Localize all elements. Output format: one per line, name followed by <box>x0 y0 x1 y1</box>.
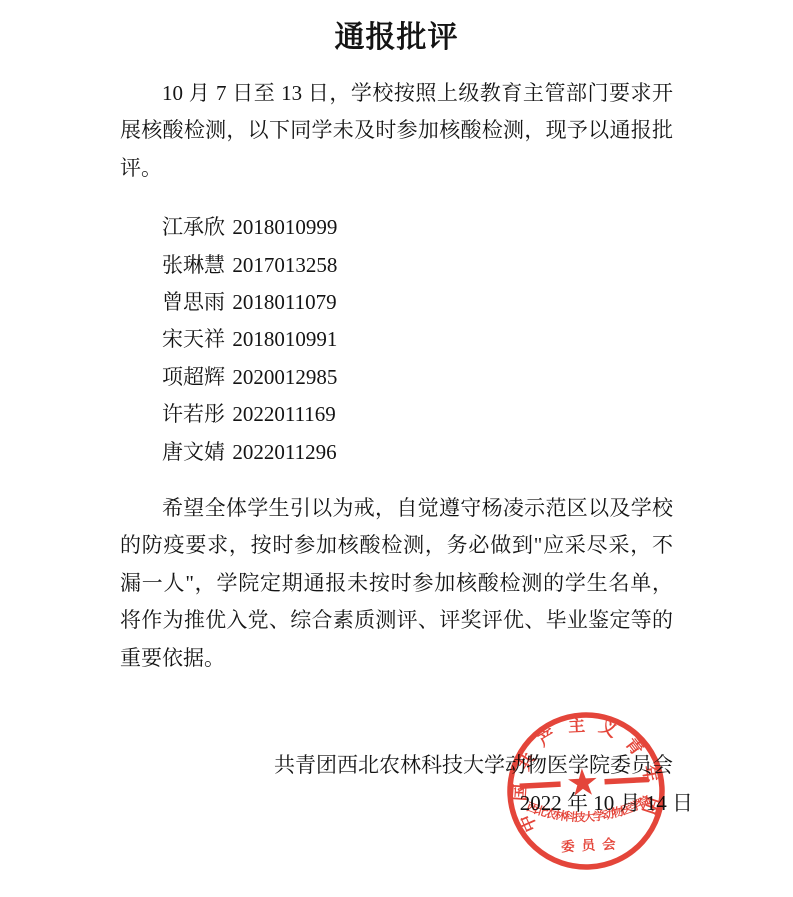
student-entry: 项超辉2020012985 <box>162 359 673 396</box>
student-entry: 唐文婧2022011296 <box>162 434 673 471</box>
student-entry: 张琳慧2017013258 <box>162 247 673 284</box>
signature-date: 2022 年 10 月 14 日 <box>120 785 693 822</box>
student-id: 2017013258 <box>232 253 337 277</box>
student-name: 许若彤 <box>162 402 225 426</box>
student-entry: 许若彤2022011169 <box>162 396 673 433</box>
student-id: 2018010999 <box>232 215 337 239</box>
student-name: 唐文婧 <box>162 440 225 464</box>
student-name: 张琳慧 <box>162 253 225 277</box>
student-entry: 曾思雨2018011079 <box>162 284 673 321</box>
intro-paragraph: 10 月 7 日至 13 日，学校按照上级教育主管部门要求开展核酸检测，以下同学… <box>120 75 673 187</box>
document-title: 通报批评 <box>120 16 673 60</box>
document-content: 通报批评 10 月 7 日至 13 日，学校按照上级教育主管部门要求开展核酸检测… <box>120 16 673 822</box>
closing-paragraph: 希望全体学生引以为戒，自觉遵守杨凌示范区以及学校的防疫要求，按时参加核酸检测，务… <box>120 490 673 677</box>
student-id: 2022011296 <box>232 440 336 464</box>
seal-committee-label: 委员会 <box>561 835 623 854</box>
student-name: 项超辉 <box>162 365 225 389</box>
student-list: 江承欣2018010999 张琳慧2017013258 曾思雨201801107… <box>120 209 673 471</box>
notice-document-page: 通报批评 10 月 7 日至 13 日，学校按照上级教育主管部门要求开展核酸检测… <box>0 0 793 897</box>
student-id: 2020012985 <box>232 365 337 389</box>
student-id: 2018010991 <box>232 327 337 351</box>
student-entry: 宋天祥2018010991 <box>162 321 673 358</box>
signature-block: 共青团西北农林科技大学动物医学院委员会 2022 年 10 月 14 日 <box>120 747 673 822</box>
student-id: 2022011169 <box>232 402 335 426</box>
signature-organization: 共青团西北农林科技大学动物医学院委员会 <box>120 747 673 784</box>
student-id: 2018011079 <box>232 290 336 314</box>
student-name: 宋天祥 <box>162 327 225 351</box>
student-name: 江承欣 <box>162 215 225 239</box>
student-name: 曾思雨 <box>162 290 225 314</box>
student-entry: 江承欣2018010999 <box>162 209 673 246</box>
